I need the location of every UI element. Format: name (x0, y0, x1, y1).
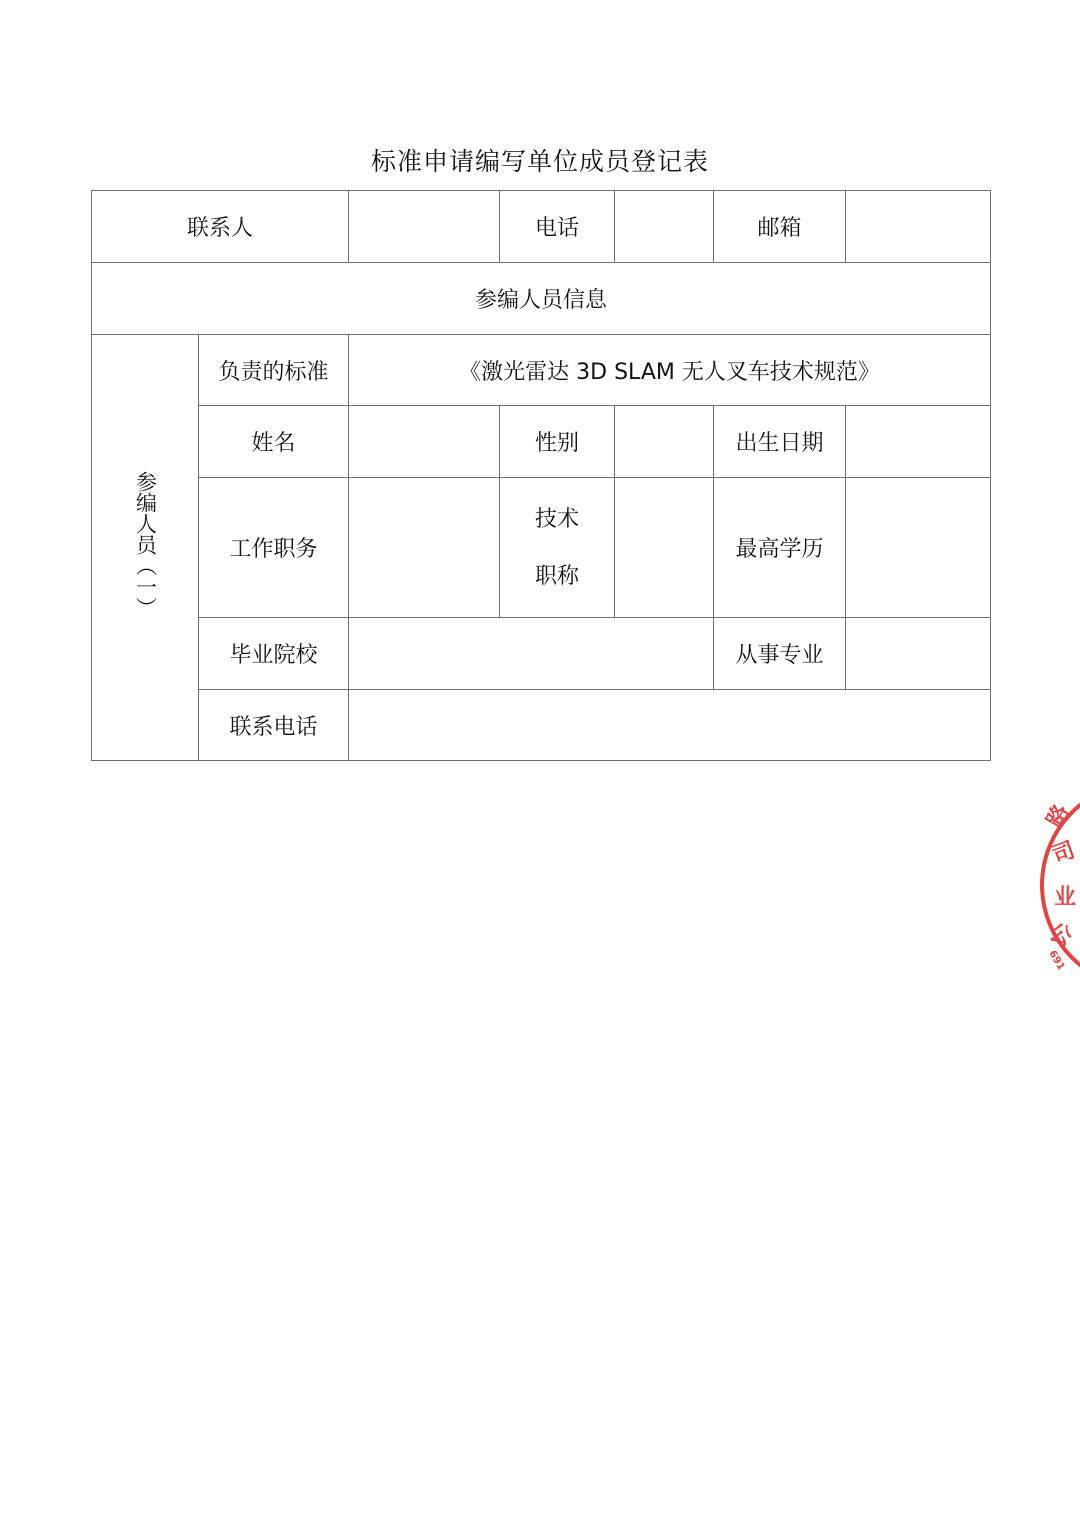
tech-title-field[interactable] (615, 478, 714, 618)
school-label: 毕业院校 (199, 618, 349, 690)
birthdate-label: 出生日期 (714, 406, 846, 478)
email-label: 邮箱 (714, 191, 846, 263)
name-label: 姓名 (199, 406, 349, 478)
phone-label: 电话 (500, 191, 615, 263)
member-phone-label: 联系电话 (199, 690, 349, 761)
birthdate-field[interactable] (846, 406, 991, 478)
email-field[interactable] (846, 191, 991, 263)
tech-title-label-line1: 技术 (500, 491, 614, 548)
name-field[interactable] (349, 406, 500, 478)
education-label: 最高学历 (714, 478, 846, 618)
school-row: 毕业院校 从事专业 (92, 618, 991, 690)
contact-field[interactable] (349, 191, 500, 263)
member-phone-field[interactable] (349, 690, 991, 761)
stamp-glyph: 业 (1054, 880, 1076, 911)
document-title: 标准申请编写单位成员登记表 (0, 142, 1080, 178)
tech-title-label-line2: 职称 (500, 548, 614, 605)
registration-table: 联系人 电话 邮箱 参编人员信息 参编人员（一） 负责的标准 《激光雷达 3D … (91, 190, 991, 761)
gender-field[interactable] (615, 406, 714, 478)
standard-value: 《激光雷达 3D SLAM 无人叉车技术规范》 (349, 335, 991, 406)
gender-label: 性别 (500, 406, 615, 478)
school-field[interactable] (349, 618, 714, 690)
contact-row: 联系人 电话 邮箱 (92, 191, 991, 263)
standard-row: 参编人员（一） 负责的标准 《激光雷达 3D SLAM 无人叉车技术规范》 (92, 335, 991, 406)
section-header-row: 参编人员信息 (92, 263, 991, 335)
member-group-label: 参编人员（一） (135, 471, 156, 618)
tech-title-label: 技术 职称 (500, 478, 615, 618)
standard-label: 负责的标准 (199, 335, 349, 406)
major-label: 从事专业 (714, 618, 846, 690)
job-label: 工作职务 (199, 478, 349, 618)
name-row: 姓名 性别 出生日期 (92, 406, 991, 478)
phone-field[interactable] (615, 191, 714, 263)
job-row: 工作职务 技术 职称 最高学历 (92, 478, 991, 618)
member-phone-row: 联系电话 (92, 690, 991, 761)
section-header: 参编人员信息 (92, 263, 991, 335)
member-group-cell: 参编人员（一） (92, 335, 199, 761)
education-field[interactable] (846, 478, 991, 618)
major-field[interactable] (846, 618, 991, 690)
job-field[interactable] (349, 478, 500, 618)
contact-label: 联系人 (92, 191, 349, 263)
